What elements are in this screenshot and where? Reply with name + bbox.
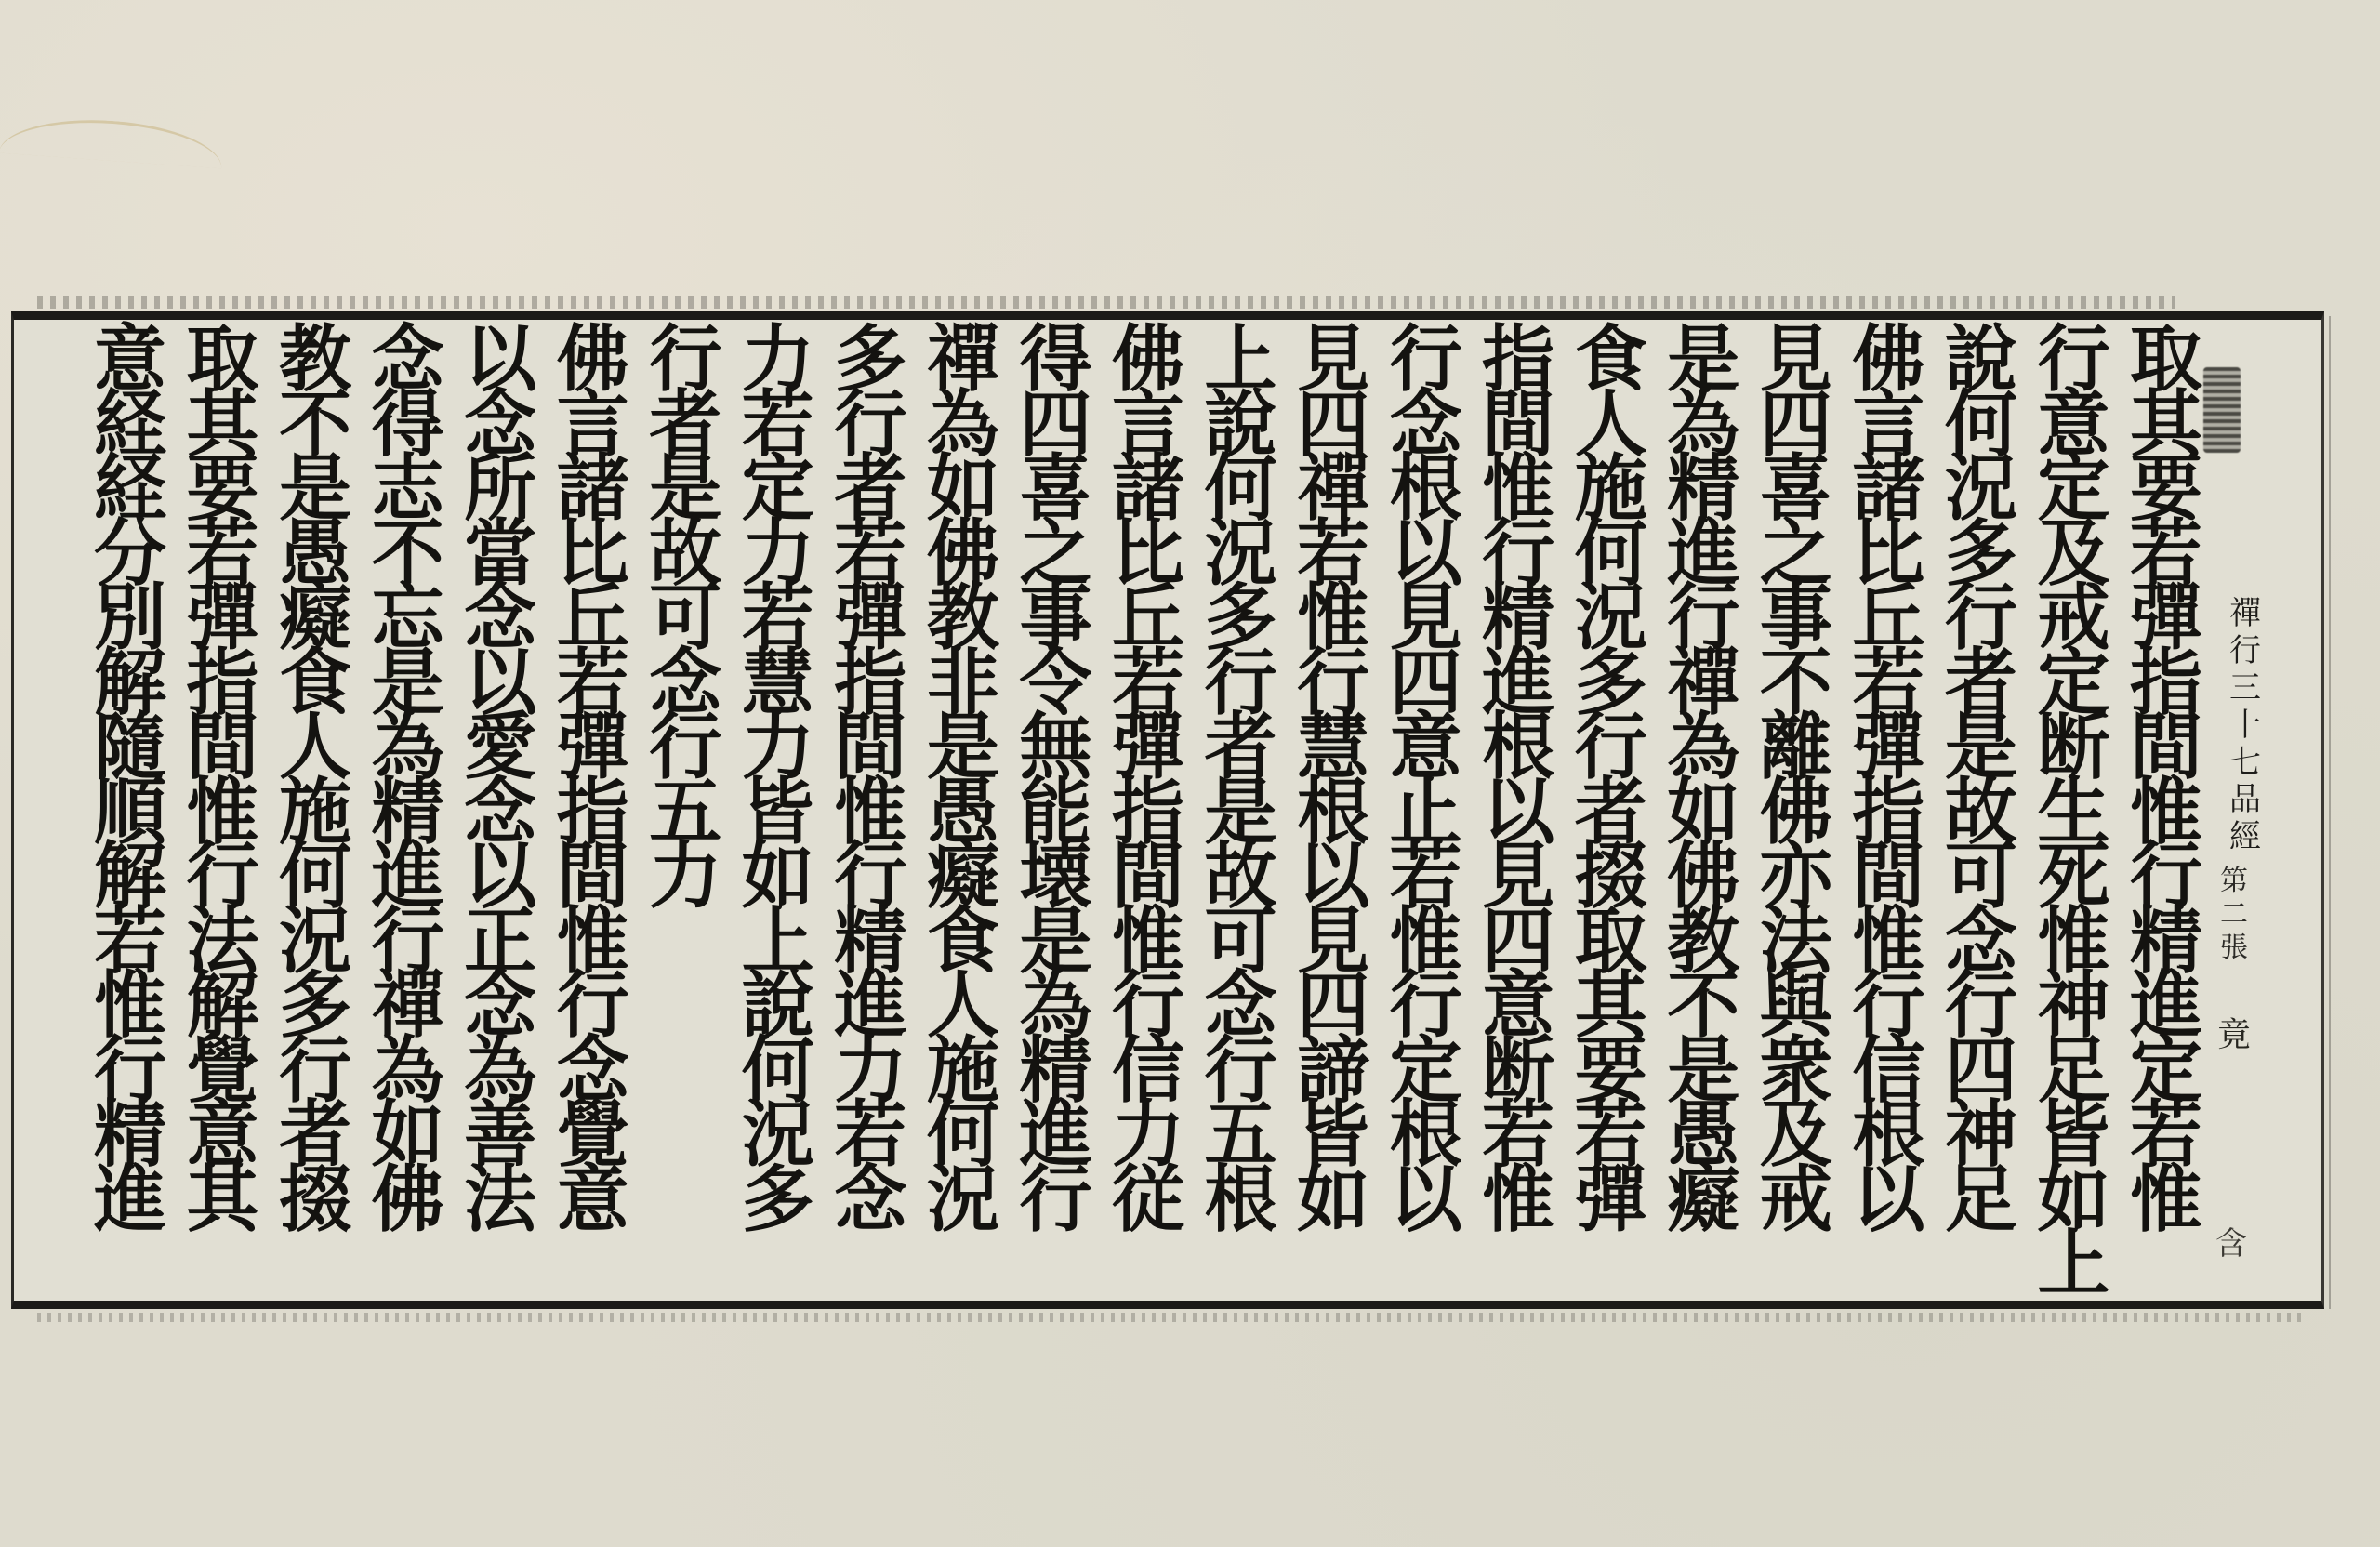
glyph: 根: [1197, 1168, 1286, 1233]
margin-page-label: 第二張: [2211, 865, 2257, 965]
glyph: 惟: [1474, 1168, 1563, 1233]
margin-glyph: 三: [2229, 669, 2261, 707]
glyph: 惟: [2122, 1168, 2211, 1233]
sutra-page: 禪行三十七品經 第二張 竟 含 取其要若彈指間惟行精進定若惟行意定及戒定断生死惟…: [0, 0, 2380, 1547]
glyph: 彈: [1567, 1168, 1656, 1233]
margin-glyph: 禪: [2229, 595, 2261, 632]
text-column: 佛言諸比丘若彈指間惟行念覺意: [549, 327, 638, 1232]
margin-glyph: 十: [2229, 707, 2261, 744]
margin-glyph: 張: [2220, 932, 2248, 965]
text-column: 得四喜之事令無能壊是為精進行: [1011, 327, 1100, 1232]
text-column: 見四禪若惟行慧根以見四諦皆如: [1289, 327, 1378, 1232]
text-column: 是為精進行禪為如佛教不是愚癡: [1659, 327, 1748, 1232]
margin-glyph: 七: [2229, 744, 2261, 781]
margin-glyph: 第: [2220, 865, 2248, 898]
text-column: 行者是故可念行五力: [641, 327, 730, 909]
glyph: 其: [178, 1168, 268, 1233]
text-column: 行意定及戒定断生死惟神足皆如上: [2029, 327, 2118, 1297]
glyph: 以: [1382, 1168, 1471, 1233]
margin-glyph: 經: [2229, 818, 2261, 855]
margin-sequence-mark: 竟: [2211, 1009, 2257, 1056]
text-column: 以念所當念以愛念以正念為善法: [456, 327, 545, 1232]
glyph: 佛: [364, 1168, 453, 1233]
glyph: 多: [734, 1168, 823, 1233]
text-column: 取其要若彈指間惟行法解覺意其: [178, 327, 268, 1232]
text-column: 多行者若彈指間惟行精進力若念: [826, 327, 915, 1232]
margin-glyph: 二: [2220, 898, 2248, 932]
text-column: 說何況多行者是故可念行四神足: [1937, 327, 2026, 1232]
text-column: 行念根以見四意止若惟行定根以: [1382, 327, 1471, 1232]
text-column: 指間惟行精進根以見四意断若惟: [1474, 327, 1563, 1232]
margin-sutra-title: 禪行三十七品經: [2227, 595, 2264, 855]
text-column: 力若定力若慧力皆如上說何況多: [734, 327, 823, 1232]
text-column: 念得志不忘是為精進行禪為如佛: [364, 327, 453, 1232]
glyph: 戒: [1752, 1168, 1841, 1233]
paper-crease: [0, 113, 224, 169]
glyph: 意: [549, 1168, 638, 1233]
text-column: 上說何況多行者是故可念行五根: [1197, 327, 1286, 1232]
outer-margin-rule: [2329, 316, 2331, 1309]
glyph: 掇: [271, 1168, 360, 1233]
glyph: 足: [1937, 1168, 2026, 1233]
glyph: 法: [456, 1168, 545, 1233]
text-column: 見四喜之事不離佛亦法與衆及戒: [1752, 327, 1841, 1232]
glyph: 従: [1104, 1168, 1193, 1233]
text-column: 取其要若彈指間惟行精進定若惟: [2122, 327, 2211, 1232]
text-column: 食人施何況多行者掇取其要若彈: [1567, 327, 1656, 1232]
text-column: 佛言諸比丘若彈指間惟行信根以: [1844, 327, 1933, 1232]
frame-top-ink-bleed: [37, 296, 2175, 309]
glyph: 以: [1844, 1168, 1933, 1233]
glyph: 如: [1289, 1168, 1378, 1233]
frame-bottom-ink-bleed: [37, 1313, 2306, 1322]
glyph: 上: [2029, 1232, 2118, 1297]
glyph: 念: [826, 1168, 915, 1233]
margin-glyph: 品: [2229, 781, 2261, 818]
text-column: 佛言諸比丘若彈指間惟行信力従: [1104, 327, 1193, 1232]
text-column: 禪為如佛教非是愚癡食人施何況: [919, 327, 1008, 1232]
glyph: 行: [1011, 1168, 1100, 1233]
glyph: 況: [919, 1168, 1008, 1233]
text-column: 意経経分別解隨順解若惟行精進: [86, 327, 175, 1232]
glyph: 力: [641, 844, 730, 909]
text-column: 教不是愚癡食人施何況多行者掇: [271, 327, 360, 1232]
glyph: 進: [86, 1168, 175, 1233]
glyph: 癡: [1659, 1168, 1748, 1233]
margin-glyph: 行: [2229, 632, 2261, 669]
margin-bottom-mark: 含: [2208, 1218, 2254, 1263]
